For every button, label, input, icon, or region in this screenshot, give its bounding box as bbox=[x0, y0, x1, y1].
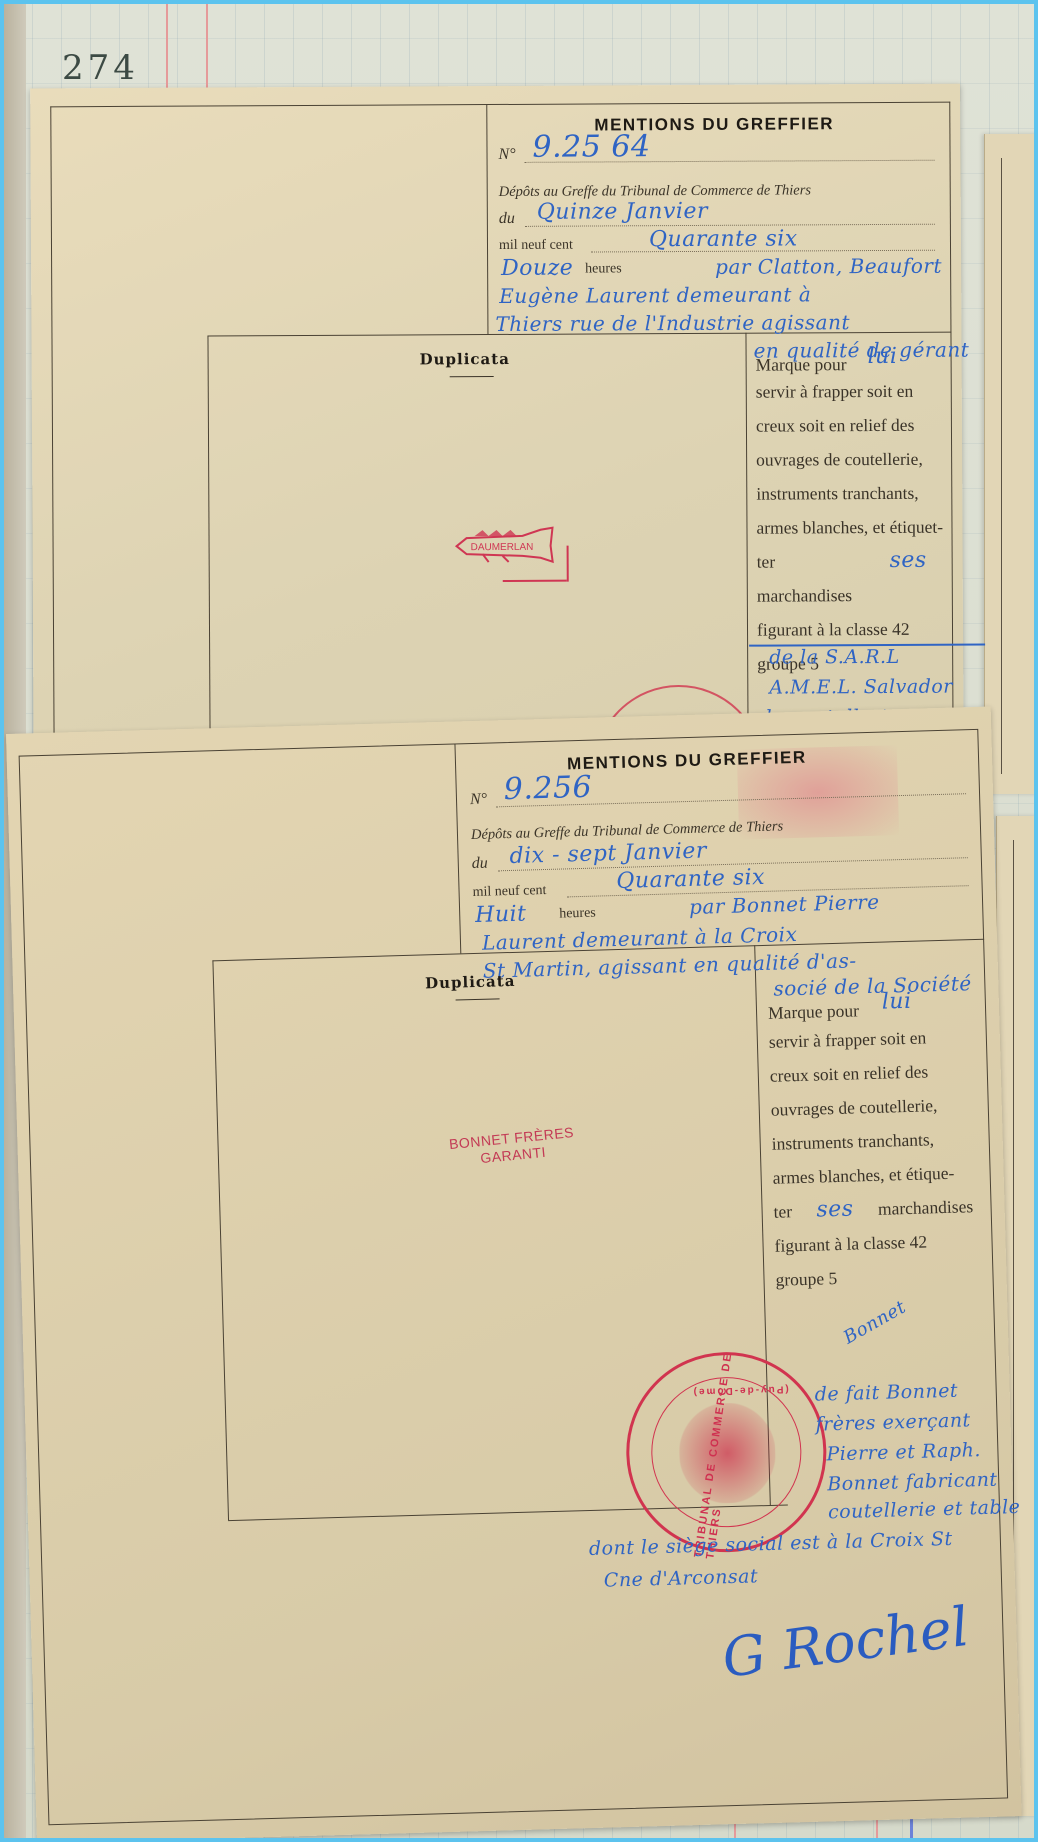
hours-label: heures bbox=[585, 261, 622, 277]
deposit-number: 9.25 64 bbox=[532, 129, 650, 165]
stamp-mark bbox=[503, 580, 567, 582]
note-line: A.M.E.L. Salvador bbox=[769, 676, 953, 699]
marque-intro: Marque pour bbox=[768, 1000, 859, 1024]
deposit-hour: Huit bbox=[475, 902, 527, 928]
photo-frame: 274 MENTIONS DU GREFFIER N° 9.25 64 Dépô… bbox=[4, 4, 1034, 1838]
depositor-line: Eugène Laurent demeurant à bbox=[499, 282, 811, 308]
trademark-form-2: MENTIONS DU GREFFIER N° 9.256 Dépôts au … bbox=[6, 706, 1022, 1838]
note-line: de la S.A.R.L bbox=[769, 646, 900, 669]
duplicata-label: Duplicata bbox=[420, 350, 510, 368]
deposit-hour: Douze bbox=[501, 256, 573, 281]
note-line: Cne d'Arconsat bbox=[604, 1565, 759, 1591]
note-line: Pierre et Raph. bbox=[826, 1439, 981, 1465]
depositor-line: Thiers rue de l'Industrie agissant bbox=[495, 310, 850, 336]
svg-text:DAUMERLAN: DAUMERLAN bbox=[471, 542, 534, 553]
side-sheet bbox=[984, 134, 1034, 794]
duplicata-label: Duplicata bbox=[425, 972, 516, 993]
deposit-number: 9.256 bbox=[503, 770, 592, 807]
marque-beneficiary: lui bbox=[868, 344, 898, 369]
du-label: du bbox=[472, 855, 488, 873]
deposit-year: Quarante six bbox=[649, 226, 798, 252]
marque-intro: Marque pour bbox=[756, 354, 847, 375]
note-line: frères exerçant bbox=[815, 1409, 971, 1435]
number-label: N° bbox=[498, 146, 515, 164]
page-number: 274 bbox=[62, 48, 139, 88]
deposit-year: Quarante six bbox=[616, 865, 765, 894]
marque-beneficiary: lui bbox=[881, 989, 911, 1015]
marque-ses: ses bbox=[816, 1197, 854, 1223]
fish-trademark-stamp: DAUMERLAN bbox=[452, 526, 562, 572]
stamp-mark bbox=[567, 546, 569, 582]
trademark-form-1: MENTIONS DU GREFFIER N° 9.25 64 Dépôts a… bbox=[30, 84, 964, 789]
note-line: de fait Bonnet bbox=[814, 1380, 958, 1406]
deposit-date: Quinze Janvier bbox=[537, 199, 708, 225]
hours-label: heures bbox=[559, 906, 596, 923]
year-label: mil neuf cent bbox=[499, 238, 573, 254]
year-label: mil neuf cent bbox=[472, 883, 546, 901]
marque-description: servir à frapper soit en creux soit en r… bbox=[756, 374, 948, 681]
duplicata-rule bbox=[450, 376, 494, 377]
marque-ses: ses bbox=[889, 548, 926, 573]
marque-description: servir à frapper soit en creux soit en r… bbox=[768, 1019, 976, 1296]
number-label: N° bbox=[470, 791, 488, 809]
du-label: du bbox=[499, 210, 515, 228]
depositor-line: par Clatton, Beaufort bbox=[715, 254, 942, 279]
